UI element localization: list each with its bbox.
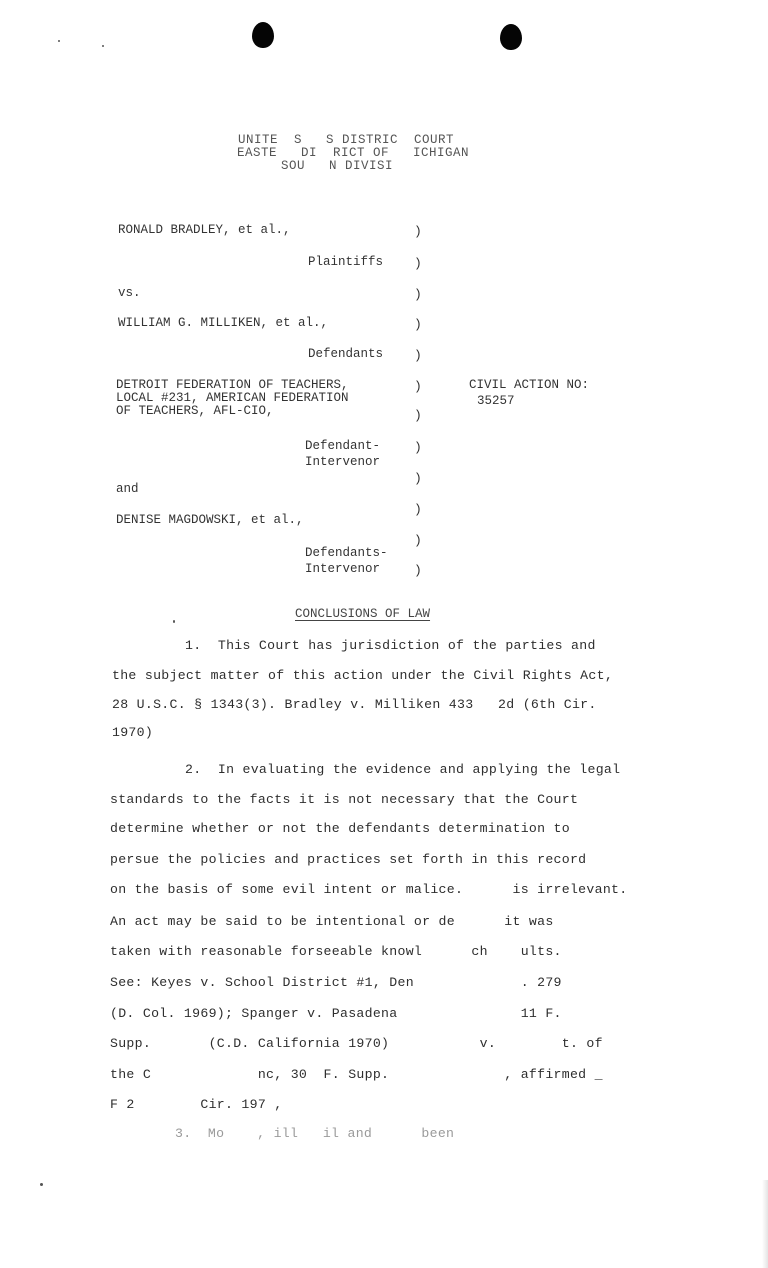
intervenor2-role-line1: Defendants-	[305, 546, 388, 560]
paragraph-line: the C nc, 30 F. Supp. , affirmed _	[110, 1067, 603, 1082]
caption-paren: )	[414, 317, 422, 332]
paragraph-line: Supp. (C.D. California 1970) v. t. of	[110, 1036, 603, 1051]
scan-speck	[173, 620, 175, 623]
defendant-name: WILLIAM G. MILLIKEN, et al.,	[118, 316, 328, 330]
intervenor1-role-line1: Defendant-	[305, 439, 380, 453]
intervenor1-name-line2: LOCAL #231, AMERICAN FEDERATION	[116, 391, 349, 405]
caption-paren: )	[414, 471, 422, 486]
caption-paren: )	[414, 224, 422, 239]
caption-paren: )	[414, 440, 422, 455]
caption-paren: )	[414, 287, 422, 302]
paragraph-line: 1. This Court has jurisdiction of the pa…	[185, 638, 596, 653]
caption-paren: )	[414, 563, 422, 578]
paragraph-line: An act may be said to be intentional or …	[110, 914, 554, 929]
court-caption-line2: EASTE DI RICT OF ICHIGAN	[237, 147, 469, 159]
conjunction-and: and	[116, 482, 139, 496]
court-caption-line3: SOU N DIVISI	[281, 160, 393, 172]
scan-speck	[58, 40, 60, 42]
paragraph-line: 2. In evaluating the evidence and applyi…	[185, 762, 620, 777]
caption-paren: )	[414, 379, 422, 394]
paragraph-line: 1970)	[112, 725, 153, 740]
defendant-role: Defendants	[308, 347, 383, 361]
caption-paren: )	[414, 533, 422, 548]
intervenor1-name-line3: OF TEACHERS, AFL-CIO,	[116, 404, 274, 418]
punch-hole-right-icon	[500, 24, 522, 50]
paragraph-line: F 2 Cir. 197 ,	[110, 1097, 283, 1112]
paragraph-line: 28 U.S.C. § 1343(3). Bradley v. Milliken…	[112, 697, 597, 712]
paragraph-line: (D. Col. 1969); Spanger v. Pasadena 11 F…	[110, 1006, 562, 1021]
paragraph-line: the subject matter of this action under …	[112, 668, 613, 683]
plaintiff-name: RONALD BRADLEY, et al.,	[118, 223, 291, 237]
paragraph-line: See: Keyes v. School District #1, Den . …	[110, 975, 562, 990]
versus-label: vs.	[118, 286, 141, 300]
paragraph-line: determine whether or not the defendants …	[110, 821, 570, 836]
paragraph-line: persue the policies and practices set fo…	[110, 852, 586, 867]
paragraph-line: standards to the facts it is not necessa…	[110, 792, 578, 807]
plaintiff-role: Plaintiffs	[308, 255, 383, 269]
court-caption-line1: UNITE S S DISTRIC COURT	[238, 134, 454, 146]
intervenor1-name-line1: DETROIT FEDERATION OF TEACHERS,	[116, 378, 349, 392]
civil-action-label: CIVIL ACTION NO:	[469, 378, 589, 392]
caption-paren: )	[414, 348, 422, 363]
caption-paren: )	[414, 256, 422, 271]
civil-action-number: 35257	[477, 394, 515, 408]
section-title: CONCLUSIONS OF LAW	[295, 607, 430, 621]
scan-speck	[40, 1183, 43, 1186]
scan-speck	[102, 45, 104, 47]
intervenor2-role-line2: Intervenor	[305, 562, 380, 576]
caption-paren: )	[414, 502, 422, 517]
caption-paren: )	[414, 408, 422, 423]
paragraph-line: taken with reasonable forseeable knowl c…	[110, 944, 562, 959]
page-edge-shadow	[762, 1180, 768, 1268]
punch-hole-left-icon	[252, 22, 274, 48]
paragraph-line: on the basis of some evil intent or mali…	[110, 882, 627, 897]
paragraph-line: 3. Mo , ill il and been	[175, 1126, 454, 1141]
intervenor2-name: DENISE MAGDOWSKI, et al.,	[116, 513, 304, 527]
intervenor1-role-line2: Intervenor	[305, 455, 380, 469]
